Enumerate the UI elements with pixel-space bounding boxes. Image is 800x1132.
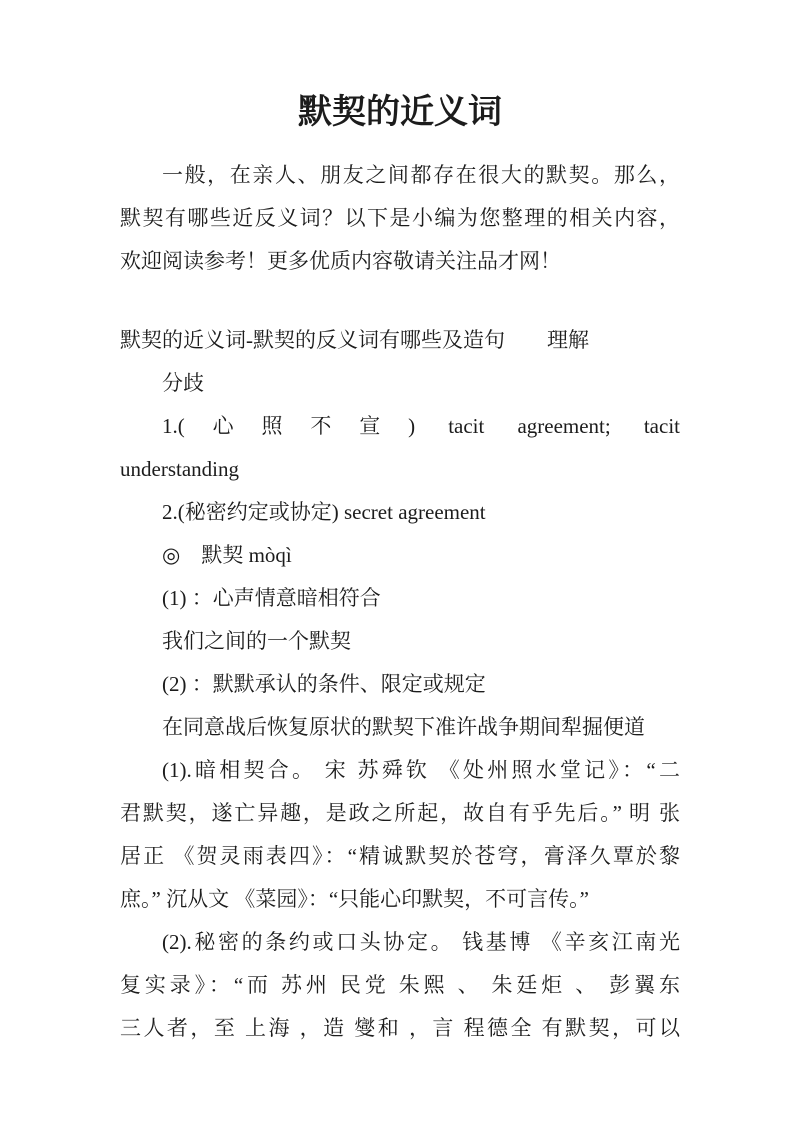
- text-line: (1) ：心声情意暗相符合: [120, 577, 680, 620]
- text-line: (2).秘密的条约或口头协定。 钱基博 《辛亥江南光: [120, 921, 680, 964]
- text-line: (1).暗相契合。 宋 苏舜钦 《处州照水堂记》：“二: [120, 749, 680, 792]
- text-line: 默契的近义词-默契的反义词有哪些及造句 理解: [120, 319, 680, 362]
- document-page: 默契的近义词 一般，在亲人、朋友之间都存在很大的默契。那么，默契有哪些近反义词？…: [0, 0, 800, 1132]
- text-line: 默契有哪些近反义词？以下是小编为您整理的相关内容，: [120, 197, 680, 240]
- text-line: 君默契，遂亡异趣，是政之所起，故自有乎先后。” 明 张: [120, 792, 680, 835]
- document-body: 一般，在亲人、朋友之间都存在很大的默契。那么，默契有哪些近反义词？以下是小编为您…: [120, 154, 680, 1050]
- text-line: 分歧: [120, 362, 680, 405]
- text-line: 2.(秘密约定或协定) secret agreement: [120, 491, 680, 534]
- text-line: 欢迎阅读参考！更多优质内容敬请关注品才网！: [120, 240, 680, 283]
- text-line: 居正 《贺灵雨表四》：“精诚默契於苍穹，膏泽久覃於黎: [120, 835, 680, 878]
- text-line: (2) ：默默承认的条件、限定或规定: [120, 663, 680, 706]
- text-line: 1.(心照不宣) tacit agreement; tacit: [120, 405, 680, 448]
- text-line: 一般，在亲人、朋友之间都存在很大的默契。那么，: [120, 154, 680, 197]
- text-line: 我们之间的一个默契: [120, 620, 680, 663]
- text-line: 三人者，至 上海 ，造 燮和 ，言 程德全 有默契，可以: [120, 1007, 680, 1050]
- text-line: understanding: [120, 448, 680, 491]
- page-title: 默契的近义词: [0, 0, 800, 136]
- text-line: 庶。” 沉从文 《菜园》：“只能心印默契，不可言传。”: [120, 878, 680, 921]
- text-line: 复实录》：“而 苏州 民党 朱熙 、 朱廷炬 、 彭翼东: [120, 964, 680, 1007]
- text-line: 在同意战后恢复原状的默契下准许战争期间犁掘便道: [120, 706, 680, 749]
- text-line: ◎ 默契 mòqì: [120, 534, 680, 577]
